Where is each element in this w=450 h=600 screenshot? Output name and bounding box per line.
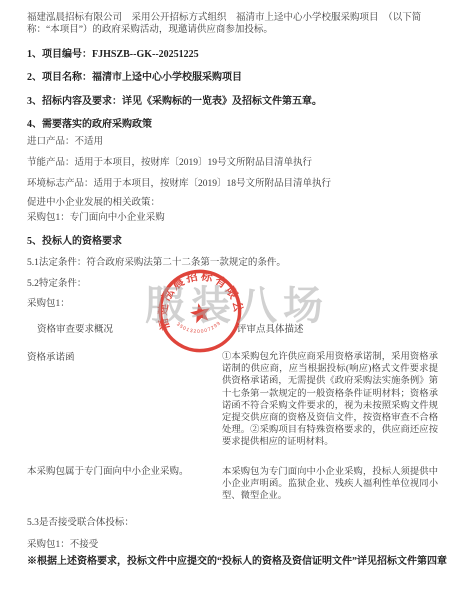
heading-bidder-qualification: 5、投标人的资格要求	[27, 236, 122, 248]
qual-row-commitment-right: ①本采购包允许供应商采用资格承诺制，采用资格承诺制的供应商，应当根据投标(响应)…	[222, 351, 438, 449]
qual-row-sme-left: 本采购包属于专门面向中小企业采购。	[27, 466, 189, 478]
specific-condition: 5.2特定条件：	[27, 278, 86, 290]
policy-env-products: 环境标志产品：适用于本项目，按财库〔2019〕18号文所附品目清单执行	[27, 178, 331, 190]
qual-row-commitment-left: 资格承诺函	[27, 352, 75, 364]
policy-energy-products: 节能产品：适用于本项目，按财库〔2019〕19号文所附品目清单执行	[27, 157, 312, 169]
heading-gov-policy: 4、需要落实的政府采购政策	[27, 119, 152, 131]
heading-tender-content: 3、招标内容及要求：详见《采购标的一览表》及招标文件第五章。	[27, 96, 322, 108]
policy-sme-package: 采购包1：专门面向中小企业采购	[27, 212, 165, 224]
policy-import-products: 进口产品：不适用	[27, 136, 103, 148]
qual-col-header-right: 评审点具体描述	[237, 324, 304, 336]
intro-paragraph: 福建泓晨招标有限公司 采用公开招标方式组织 福清市上迳中心小学校服采购项目 （以…	[27, 13, 429, 36]
svg-text:福建泓晨招标有限公司: 福建泓晨招标有限公司	[156, 266, 244, 334]
qual-row-sme-right: 本采购包为专门面向中小企业采购，投标人须提供中小企业声明函。监狱企业、残疾人福利…	[222, 466, 438, 503]
package1-label: 采购包1：	[27, 298, 70, 310]
qual-col-header-left: 资格审查要求概况	[37, 324, 113, 336]
heading-project-name: 2、项目名称：福清市上迳中心小学校服采购项目	[27, 72, 242, 84]
consortium-answer: 采购包1：不接受	[27, 539, 98, 551]
tender-document-page: 福建泓晨招标有限公司 采用公开招标方式组织 福清市上迳中心小学校服采购项目 （以…	[0, 0, 450, 600]
company-seal: 福建泓晨招标有限公司 3501320007299	[156, 266, 244, 356]
seal-company-name: 福建泓晨招标有限公司	[156, 266, 244, 334]
policy-sme: 促进中小企业发展的相关政策：	[27, 197, 160, 209]
star-icon	[189, 301, 213, 324]
footer-note: ※根据上述资格要求，投标文件中应提交的“投标人的资格及资信证明文件”详见招标文件…	[27, 556, 447, 568]
heading-project-number: 1、项目编号：FJHSZB--GK--20251225	[27, 49, 199, 61]
consortium-heading: 5.3是否接受联合体投标：	[27, 517, 134, 529]
